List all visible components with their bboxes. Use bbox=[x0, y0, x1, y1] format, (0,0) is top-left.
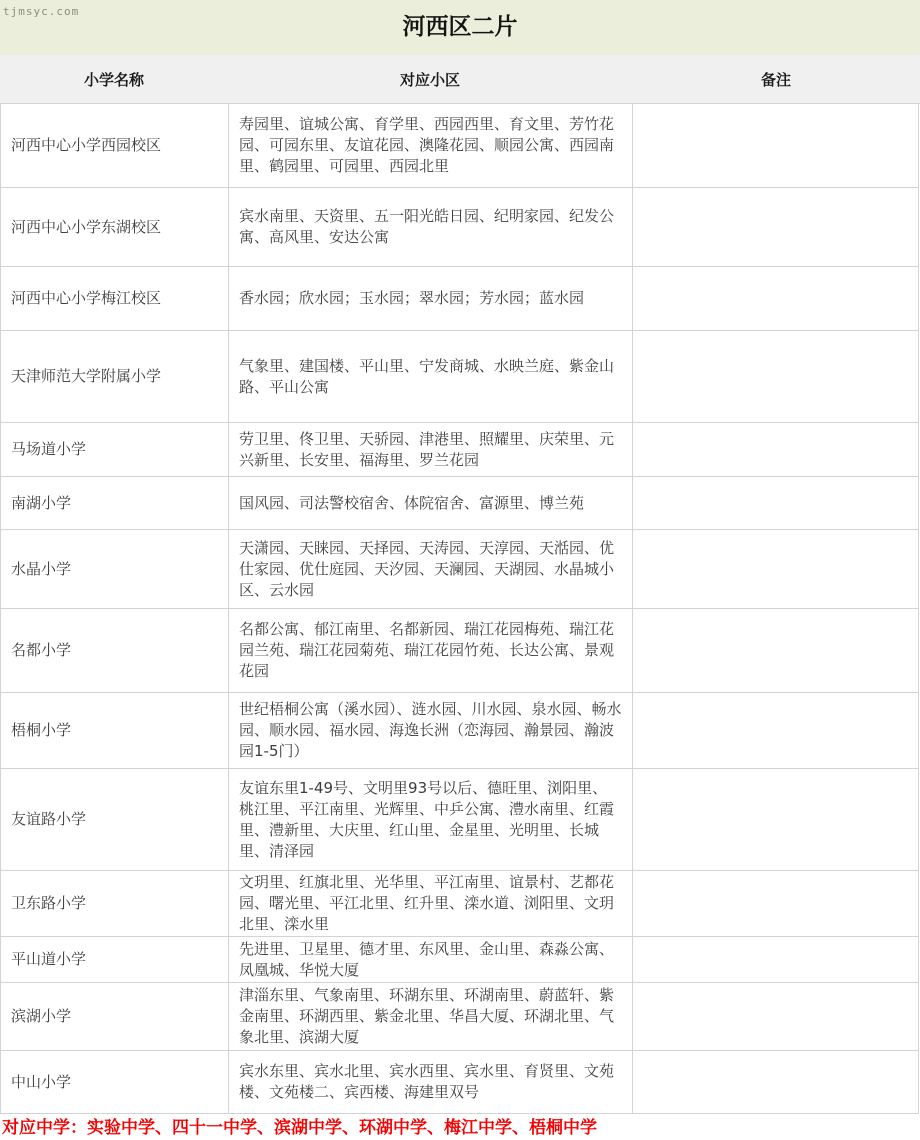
school-table: 河西中心小学西园校区 寿园里、谊城公寓、育学里、西园西里、育文里、芳竹花园、可园… bbox=[0, 103, 920, 1114]
table-row: 马场道小学 劳卫里、佟卫里、天骄园、津港里、照耀里、庆荣里、元兴新里、长安里、福… bbox=[0, 423, 920, 477]
table-row: 天津师范大学附属小学 气象里、建国楼、平山里、宁发商城、水映兰庭、紫金山路、平山… bbox=[0, 331, 920, 423]
note-cell bbox=[632, 609, 919, 693]
page: tjmsyc.com 河西区二片 小学名称 对应小区 备注 河西中心小学西园校区… bbox=[0, 0, 920, 1140]
communities-cell: 劳卫里、佟卫里、天骄园、津港里、照耀里、庆荣里、元兴新里、长安里、福海里、罗兰花… bbox=[228, 423, 632, 477]
school-name-cell: 水晶小学 bbox=[0, 530, 228, 609]
table-row: 滨湖小学 津淄东里、气象南里、环湖东里、环湖南里、蔚蓝轩、紫金南里、环湖西里、紫… bbox=[0, 983, 920, 1051]
table-row: 河西中心小学东湖校区 宾水南里、天资里、五一阳光皓日园、纪明家园、纪发公寓、高风… bbox=[0, 188, 920, 267]
table-row: 平山道小学 先进里、卫星里、德才里、东风里、金山里、森淼公寓、凤凰城、华悦大厦 bbox=[0, 937, 920, 983]
note-cell bbox=[632, 423, 919, 477]
school-name-cell: 河西中心小学东湖校区 bbox=[0, 188, 228, 267]
school-name-cell: 滨湖小学 bbox=[0, 983, 228, 1051]
table-row: 名都小学 名都公寓、郁江南里、名都新园、瑞江花园梅苑、瑞江花园兰苑、瑞江花园菊苑… bbox=[0, 609, 920, 693]
note-cell bbox=[632, 267, 919, 331]
school-name-cell: 友谊路小学 bbox=[0, 769, 228, 871]
table-row: 梧桐小学 世纪梧桐公寓（溪水园）、涟水园、川水园、泉水园、畅水园、顺水园、福水园… bbox=[0, 693, 920, 769]
school-name-cell: 河西中心小学西园校区 bbox=[0, 104, 228, 188]
communities-cell: 寿园里、谊城公寓、育学里、西园西里、育文里、芳竹花园、可园东里、友谊花园、澳隆花… bbox=[228, 104, 632, 188]
communities-cell: 名都公寓、郁江南里、名都新园、瑞江花园梅苑、瑞江花园兰苑、瑞江花园菊苑、瑞江花园… bbox=[228, 609, 632, 693]
note-cell bbox=[632, 871, 919, 937]
school-name-cell: 平山道小学 bbox=[0, 937, 228, 983]
communities-cell: 气象里、建国楼、平山里、宁发商城、水映兰庭、紫金山路、平山公寓 bbox=[228, 331, 632, 423]
school-name-cell: 天津师范大学附属小学 bbox=[0, 331, 228, 423]
watermark: tjmsyc.com bbox=[3, 5, 79, 18]
school-name-cell: 南湖小学 bbox=[0, 477, 228, 530]
note-cell bbox=[632, 1051, 919, 1114]
note-cell bbox=[632, 937, 919, 983]
communities-cell: 世纪梧桐公寓（溪水园）、涟水园、川水园、泉水园、畅水园、顺水园、福水园、海逸长洲… bbox=[228, 693, 632, 769]
communities-cell: 文玥里、红旗北里、光华里、平江南里、谊景村、艺都花园、曙光里、平江北里、红升里、… bbox=[228, 871, 632, 937]
communities-cell: 国风园、司法警校宿舍、体院宿舍、富源里、博兰苑 bbox=[228, 477, 632, 530]
note-cell bbox=[632, 530, 919, 609]
table-row: 河西中心小学梅江校区 香水园；欣水园；玉水园；翠水园；芳水园；蓝水园 bbox=[0, 267, 920, 331]
table-row: 南湖小学 国风园、司法警校宿舍、体院宿舍、富源里、博兰苑 bbox=[0, 477, 920, 530]
column-header-note: 备注 bbox=[632, 69, 920, 90]
column-header-communities: 对应小区 bbox=[228, 69, 632, 90]
school-name-cell: 中山小学 bbox=[0, 1051, 228, 1114]
title-bar: tjmsyc.com 河西区二片 bbox=[0, 0, 920, 55]
column-header-school: 小学名称 bbox=[0, 69, 228, 90]
note-cell bbox=[632, 477, 919, 530]
communities-cell: 宾水东里、宾水北里、宾水西里、宾水里、育贤里、文苑楼、文苑楼二、宾西楼、海建里双… bbox=[228, 1051, 632, 1114]
middle-school-note: 对应中学：实验中学、四十一中学、滨湖中学、环湖中学、梅江中学、梧桐中学 bbox=[0, 1114, 920, 1140]
school-name-cell: 名都小学 bbox=[0, 609, 228, 693]
note-cell bbox=[632, 693, 919, 769]
table-header: 小学名称 对应小区 备注 bbox=[0, 55, 920, 103]
school-name-cell: 梧桐小学 bbox=[0, 693, 228, 769]
school-name-cell: 河西中心小学梅江校区 bbox=[0, 267, 228, 331]
school-name-cell: 卫东路小学 bbox=[0, 871, 228, 937]
note-cell bbox=[632, 104, 919, 188]
school-name-cell: 马场道小学 bbox=[0, 423, 228, 477]
communities-cell: 天潇园、天睐园、天择园、天涛园、天淳园、天湉园、优仕家园、优仕庭园、天汐园、天澜… bbox=[228, 530, 632, 609]
table-row: 中山小学 宾水东里、宾水北里、宾水西里、宾水里、育贤里、文苑楼、文苑楼二、宾西楼… bbox=[0, 1051, 920, 1114]
page-title: 河西区二片 bbox=[0, 0, 920, 55]
table-row: 河西中心小学西园校区 寿园里、谊城公寓、育学里、西园西里、育文里、芳竹花园、可园… bbox=[0, 104, 920, 188]
note-cell bbox=[632, 188, 919, 267]
communities-cell: 友谊东里1-49号、文明里93号以后、德旺里、浏阳里、桃江里、平江南里、光辉里、… bbox=[228, 769, 632, 871]
note-cell bbox=[632, 983, 919, 1051]
communities-cell: 先进里、卫星里、德才里、东风里、金山里、森淼公寓、凤凰城、华悦大厦 bbox=[228, 937, 632, 983]
table-row: 卫东路小学 文玥里、红旗北里、光华里、平江南里、谊景村、艺都花园、曙光里、平江北… bbox=[0, 871, 920, 937]
table-row: 水晶小学 天潇园、天睐园、天择园、天涛园、天淳园、天湉园、优仕家园、优仕庭园、天… bbox=[0, 530, 920, 609]
communities-cell: 宾水南里、天资里、五一阳光皓日园、纪明家园、纪发公寓、高风里、安达公寓 bbox=[228, 188, 632, 267]
note-cell bbox=[632, 331, 919, 423]
communities-cell: 香水园；欣水园；玉水园；翠水园；芳水园；蓝水园 bbox=[228, 267, 632, 331]
note-cell bbox=[632, 769, 919, 871]
communities-cell: 津淄东里、气象南里、环湖东里、环湖南里、蔚蓝轩、紫金南里、环湖西里、紫金北里、华… bbox=[228, 983, 632, 1051]
table-row: 友谊路小学 友谊东里1-49号、文明里93号以后、德旺里、浏阳里、桃江里、平江南… bbox=[0, 769, 920, 871]
